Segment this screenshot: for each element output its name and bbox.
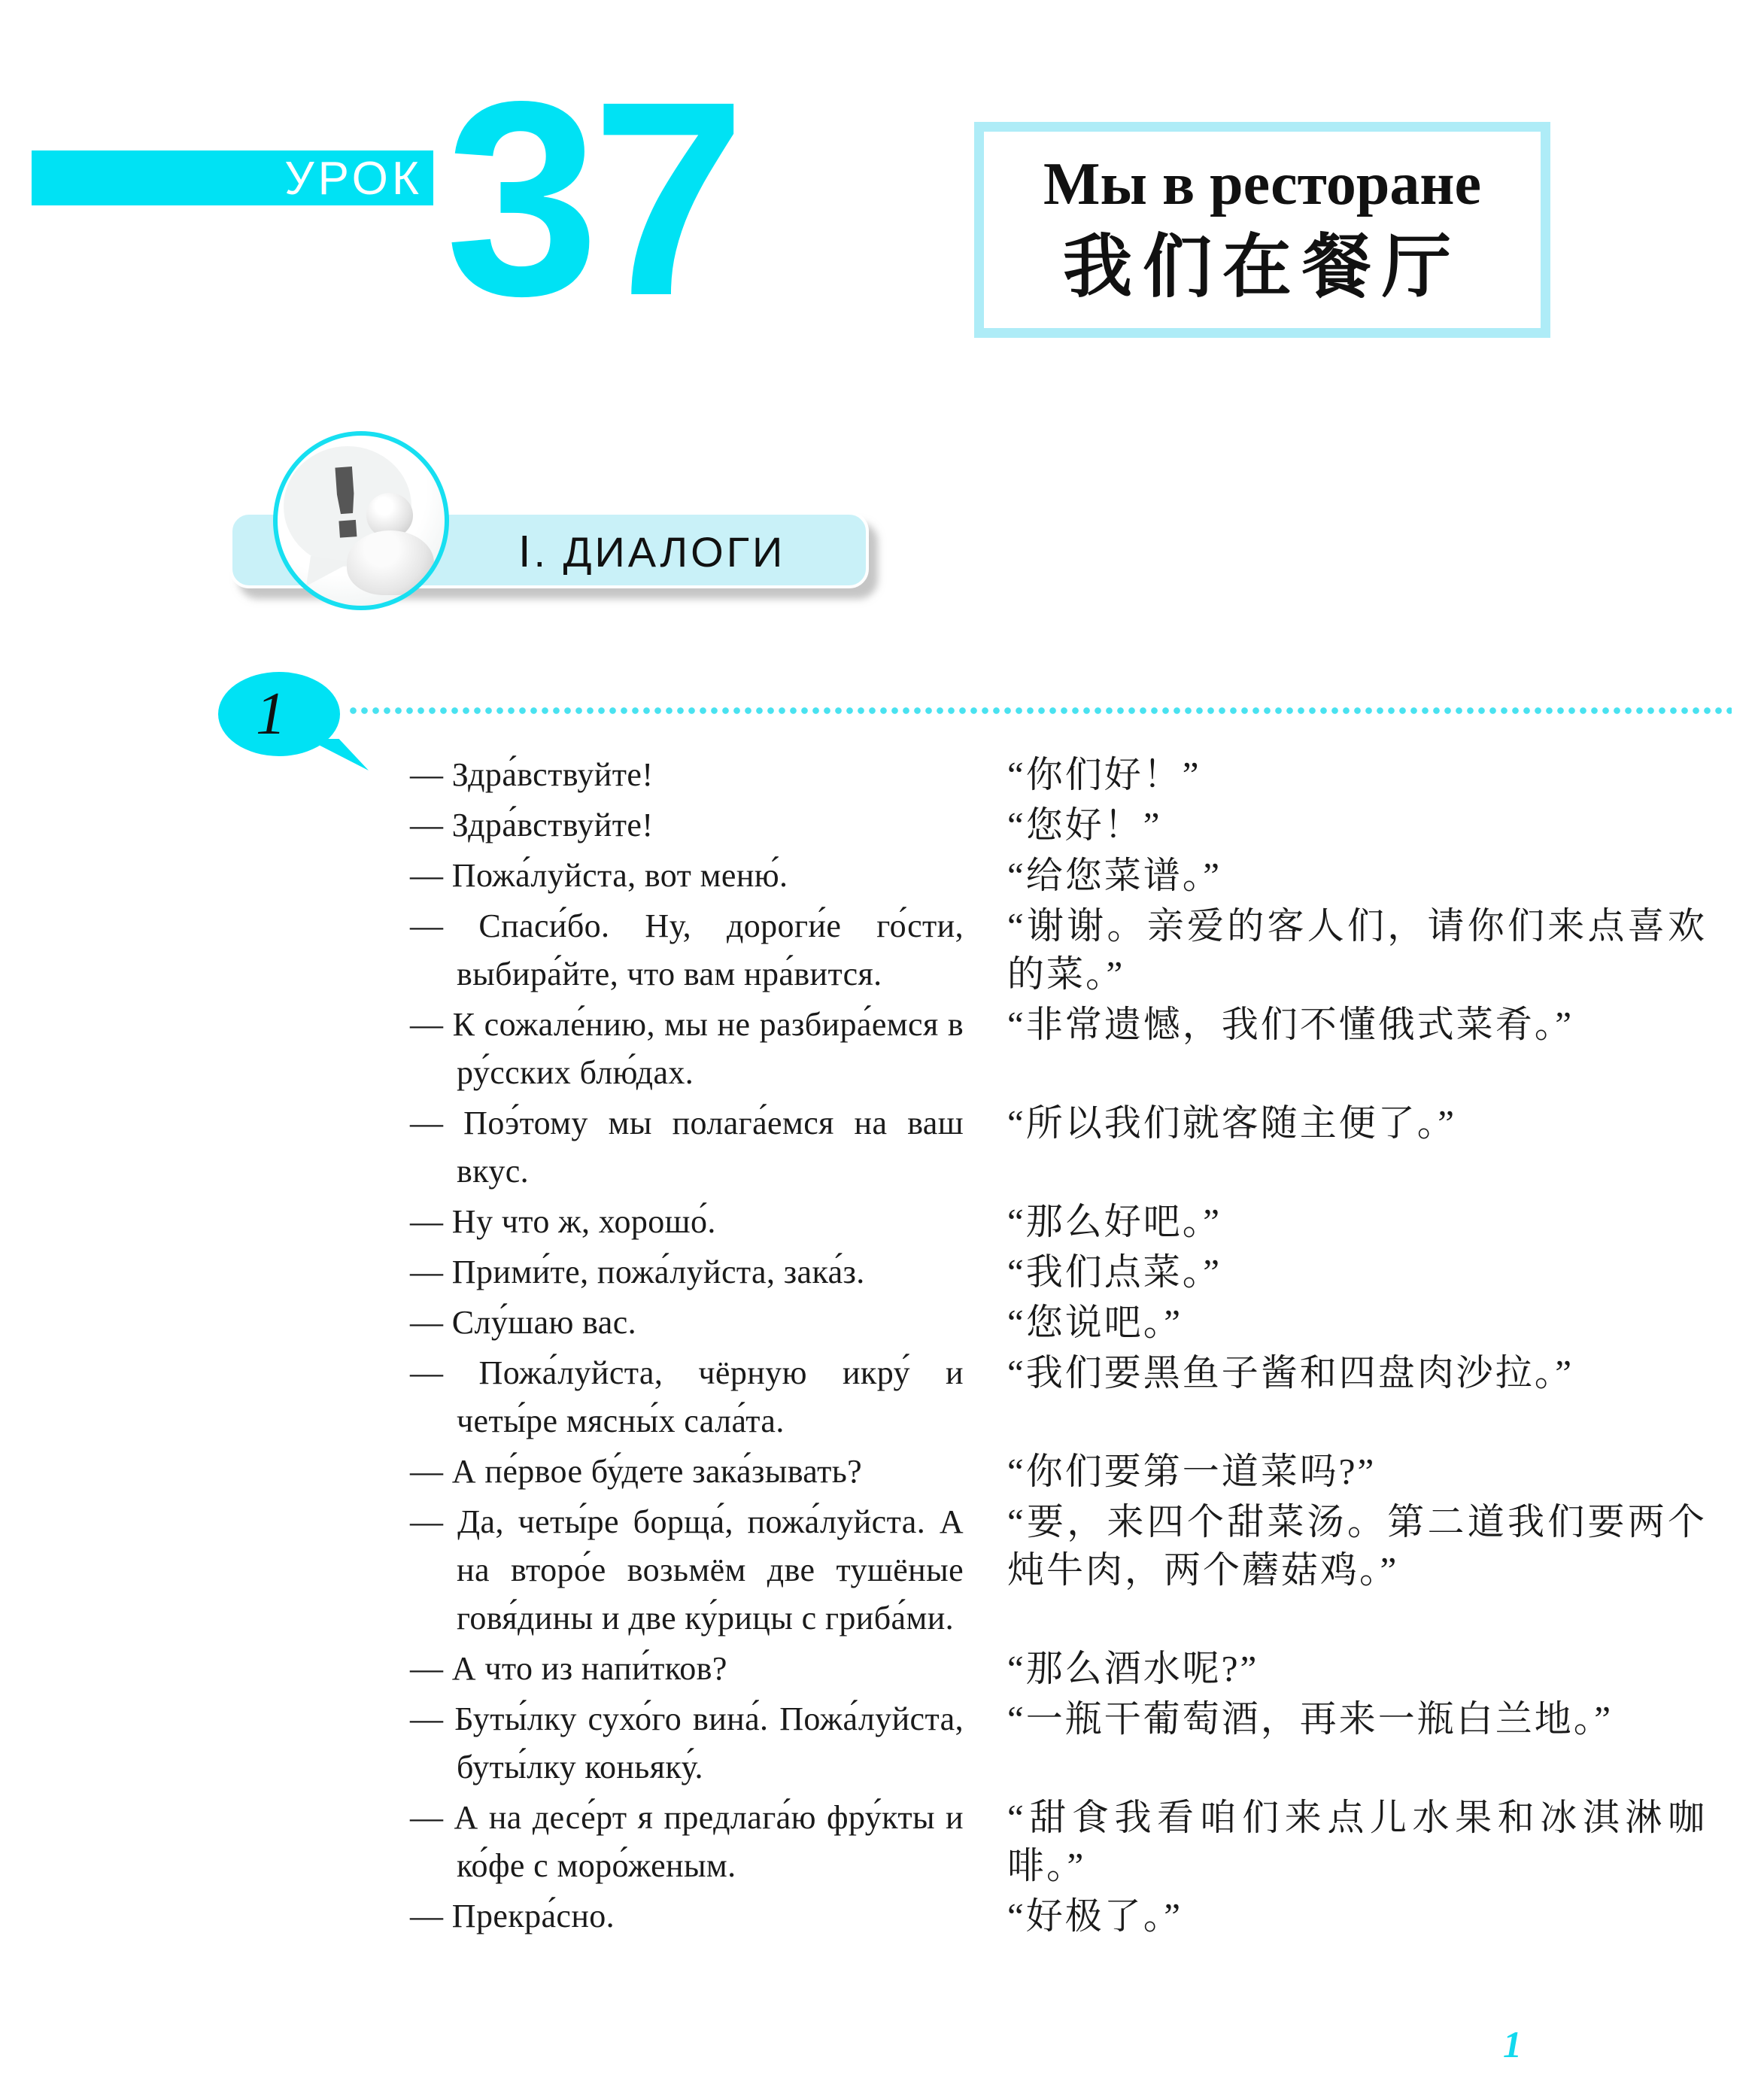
chinese-line: “您说吧。” (1007, 1299, 1707, 1347)
textbook-page: УРОК 37 Мы в ресторане 我们在餐厅 Ⅰ. ДИАЛОГИ … (0, 0, 1758, 2100)
dialog-row: — Прекра́сно. “好极了。” (410, 1892, 1738, 1940)
russian-line: — Ну что ж, хорошо́. (410, 1198, 964, 1246)
chinese-line: “您好！” (1007, 801, 1707, 849)
chinese-line: “非常遗憾，我们不懂俄式菜肴。” (1007, 1001, 1707, 1049)
russian-line: — Поэ́тому мы полага́емся на ваш вкус. (410, 1099, 964, 1196)
dotted-rule (348, 706, 1732, 716)
dialog-row: — Слу́шаю вас. “您说吧。” (410, 1299, 1738, 1347)
dialog-row: — Буты́лку сухо́го вина́. Пожа́луйста, б… (410, 1695, 1738, 1792)
dialog-row: — Да, четы́ре борща́, пожа́луйста. А на … (410, 1498, 1738, 1643)
person-body (347, 530, 434, 595)
chinese-line: “我们要黑鱼子酱和四盘肉沙拉。” (1007, 1349, 1707, 1397)
lesson-label: УРОК (284, 150, 423, 205)
section-heading: Ⅰ. ДИАЛОГИ (518, 515, 785, 585)
lesson-number: 37 (445, 60, 738, 337)
dialogue-section: — Здра́вствуйте! “你们好！” — Здра́вствуйте!… (410, 751, 1738, 1943)
russian-line: — Слу́шаю вас. (410, 1299, 964, 1347)
dialog-row: — А на десе́рт я предлага́ю фру́кты и ко… (410, 1794, 1738, 1890)
chinese-line: “甜食我看咱们来点儿水果和冰淇淋咖啡。” (1007, 1794, 1707, 1890)
chinese-line: “我们点菜。” (1007, 1248, 1707, 1296)
lesson-title-box: Мы в ресторане 我们在餐厅 (974, 122, 1550, 338)
dialog-row: — Пожа́луйста, вот меню́. “给您菜谱。” (410, 852, 1738, 900)
chinese-line: “那么好吧。” (1007, 1198, 1707, 1246)
chinese-line: “谢谢。亲爱的客人们，请你们来点喜欢的菜。” (1007, 902, 1707, 998)
chinese-line: “要，来四个甜菜汤。第二道我们要两个炖牛肉，两个蘑菇鸡。” (1007, 1498, 1707, 1594)
russian-line: — Буты́лку сухо́го вина́. Пожа́луйста, б… (410, 1695, 964, 1792)
russian-line: — А на десе́рт я предлага́ю фру́кты и ко… (410, 1794, 964, 1890)
russian-line: — Прекра́сно. (410, 1892, 964, 1940)
chinese-line: “你们好！” (1007, 751, 1707, 799)
chinese-line: “一瓶干葡萄酒，再来一瓶白兰地。” (1007, 1695, 1707, 1743)
dialog-row: — Прими́те, пожа́луйста, зака́з. “我们点菜。” (410, 1248, 1738, 1296)
russian-line: — Пожа́луйста, вот меню́. (410, 852, 964, 900)
dialog-row: — Спаси́бо. Ну, дороги́е го́сти, выбира́… (410, 902, 1738, 998)
lesson-title-russian: Мы в ресторане (984, 144, 1541, 225)
lesson-title-chinese: 我们在餐厅 (984, 225, 1541, 309)
exclamation-person-icon: ! (273, 431, 449, 610)
dialog-row: — Ну что ж, хорошо́. “那么好吧。” (410, 1198, 1738, 1246)
russian-line: — Прими́те, пожа́луйста, зака́з. (410, 1248, 964, 1296)
russian-line: — Здра́вствуйте! (410, 801, 964, 849)
page-number: 1 (1503, 2023, 1522, 2066)
russian-line: — К сожале́нию, мы не разбира́емся в ру́… (410, 1001, 964, 1097)
russian-line: — А что из напи́тков? (410, 1645, 964, 1693)
dialog-row: — Пожа́луйста, чёрную икру́ и четы́ре мя… (410, 1349, 1738, 1445)
dialogue-number-bubble: 1 (218, 672, 340, 756)
chinese-line: “你们要第一道菜吗?” (1007, 1448, 1707, 1496)
chinese-line: “那么酒水呢?” (1007, 1645, 1707, 1693)
dialog-row: — Здра́вствуйте! “你们好！” (410, 751, 1738, 799)
chinese-line: “好极了。” (1007, 1892, 1707, 1940)
dialog-row: — Поэ́тому мы полага́емся на ваш вкус. “… (410, 1099, 1738, 1196)
russian-line: — Да, четы́ре борща́, пожа́луйста. А на … (410, 1498, 964, 1643)
dialogue-number: 1 (218, 675, 323, 753)
russian-line: — А пе́рвое бу́дете зака́зывать? (410, 1448, 964, 1496)
chinese-line: “给您菜谱。” (1007, 852, 1707, 900)
dialog-row: — Здра́вствуйте! “您好！” (410, 801, 1738, 849)
lesson-header-bar: УРОК (32, 150, 433, 205)
russian-line: — Спаси́бо. Ну, дороги́е го́сти, выбира́… (410, 902, 964, 998)
dialog-row: — А что из напи́тков? “那么酒水呢?” (410, 1645, 1738, 1693)
chinese-line: “所以我们就客随主便了。” (1007, 1099, 1707, 1147)
dialog-row: — К сожале́нию, мы не разбира́емся в ру́… (410, 1001, 1738, 1097)
russian-line: — Пожа́луйста, чёрную икру́ и четы́ре мя… (410, 1349, 964, 1445)
russian-line: — Здра́вствуйте! (410, 751, 964, 799)
dialog-row: — А пе́рвое бу́дете зака́зывать? “你们要第一道… (410, 1448, 1738, 1496)
